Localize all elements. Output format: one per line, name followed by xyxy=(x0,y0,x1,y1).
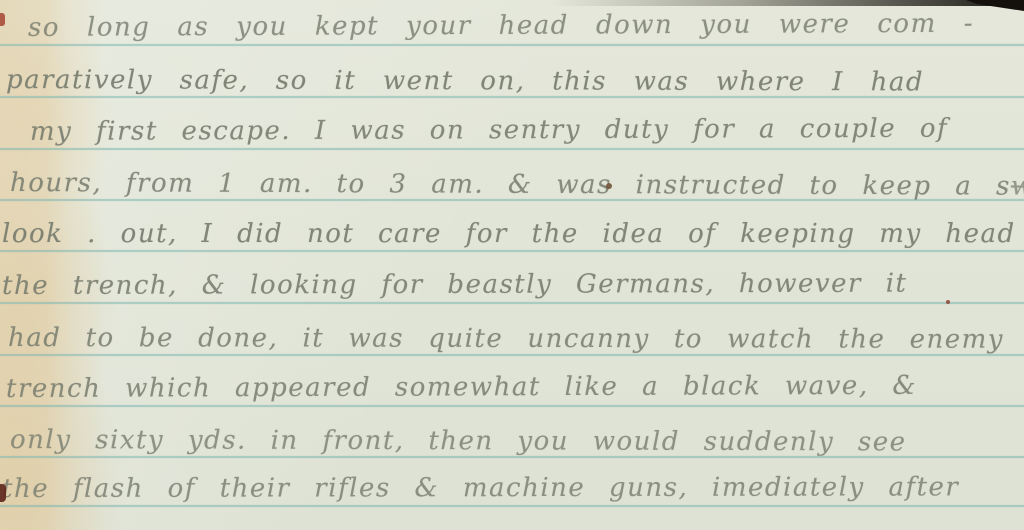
struck-letter: w xyxy=(1011,172,1024,202)
handwritten-line-4: hours, from 1 am. to 3 am. & was instruc… xyxy=(0,165,1024,205)
handwritten-line-6: the trench, & looking for beastly German… xyxy=(0,265,1024,304)
handwritten-line-10: the flash of their rifles & machine guns… xyxy=(0,469,1024,507)
handwritten-line-1: so long as you kept your head down you w… xyxy=(0,6,1024,46)
letter-page: so long as you kept your head down you w… xyxy=(0,0,1024,530)
handwritten-line-8: trench which appeared somewhat like a bl… xyxy=(0,367,1024,407)
handwritten-line-3: my first escape. I was on sentry duty fo… xyxy=(0,110,1024,150)
handwritten-line-2: paratively safe, so it went on, this was… xyxy=(0,62,1024,101)
handwritten-line-7: had to be done, it was quite uncanny to … xyxy=(0,320,1024,358)
scan-edge-top xyxy=(550,0,1024,6)
handwritten-line-5: look . out, I did not care for the idea … xyxy=(0,216,1024,252)
line-4-text: hours, from 1 am. to 3 am. & was instruc… xyxy=(10,168,1011,201)
handwritten-line-9: only sixty yds. in front, then you would… xyxy=(0,422,1024,461)
